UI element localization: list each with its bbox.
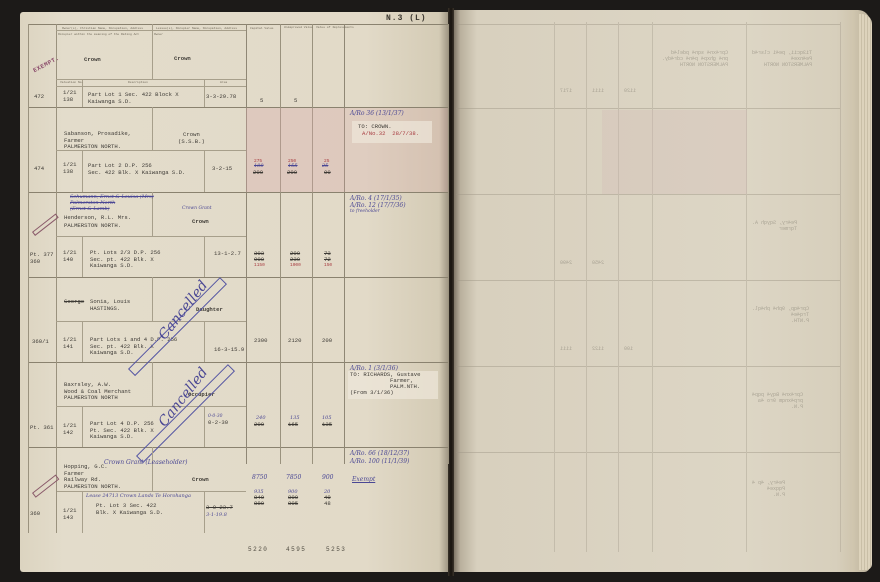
area: 3-0-23.7 — [206, 505, 233, 512]
improvements-current: 900 — [322, 474, 333, 481]
area-hand: 3-1-19.8 — [206, 512, 227, 518]
occupier-name: Sonia, Louis HASTINGS. — [64, 299, 130, 312]
description: Part Lot 2 D.P. 256 Sec. 422 Blk. X Kaiw… — [88, 163, 185, 176]
capital-value-old: 200 — [253, 170, 263, 177]
valuation-number: 474 — [34, 166, 44, 173]
valuation-number: Pt. 377 360 — [30, 252, 54, 265]
valuation-number: Pt. 361 — [30, 425, 54, 432]
note-line: PALM.NTH. — [390, 384, 420, 391]
ledger-book: N.3 (L) Owner(s), Christian Name, Occupa… — [14, 8, 872, 576]
description-hand-note: Lease 24713 Crown Lands Te Horohanga — [86, 493, 191, 499]
section-ref: 1/21 140 — [63, 250, 76, 263]
total-unimproved: 4595 — [286, 546, 306, 553]
ghost-values: 1111 — [560, 346, 572, 352]
improvements: 200 — [322, 338, 332, 345]
description: Part Lot 1 Sec. 422 Block X Kaiwanga S.D… — [88, 92, 179, 105]
note-line: to freeholder — [350, 209, 380, 214]
table-row: Schumann, Ernst & Louisa (Mrs) Palmersto… — [28, 192, 448, 277]
improvements-old: 48 — [324, 501, 331, 508]
area: 3-2-15 — [212, 166, 232, 173]
table-row: Hopping, G.C. Farmer Railway Rd. PALMERS… — [28, 447, 448, 537]
improvements-struck: 135 — [322, 422, 332, 429]
note-line: A/Ro. 4 (17/1/35) — [350, 195, 402, 202]
capital-value-current: 8750 — [252, 474, 267, 481]
unimproved-value-current: 1000 — [290, 263, 301, 270]
section-ref: 1/21 141 — [63, 337, 76, 350]
description: Pt. Lots 2/3 D.P. 256 Sec. pt. 422 Blk. … — [90, 250, 161, 270]
total-improvements: 5253 — [326, 546, 346, 553]
owner-name: Crown — [192, 477, 209, 484]
ghost-values: 1122 — [592, 346, 604, 352]
section-ref: 1/21 143 — [63, 508, 76, 521]
exempt-stamp: EXEMPT. — [32, 55, 61, 75]
area: 0-2-30 — [208, 420, 228, 427]
right-page-bleedthrough: Ti3qcii, pe41 clsr4d Pe4nxe4 PALMERSTON … — [452, 10, 870, 572]
capital-value-struck: 200 — [254, 422, 264, 429]
occupier-hand-note: Crown Grant (Leaseholder) — [104, 459, 187, 466]
header-area: Area — [220, 81, 227, 85]
ghost-values: 2450 — [592, 260, 604, 266]
unimproved-value: 2120 — [288, 338, 301, 345]
valuation-number: 360 — [30, 511, 40, 518]
improvements-old: 00 — [324, 170, 331, 177]
description: Pt. Lot 3 Sec. 422 Blk. X Kaiwanga S.D. — [96, 503, 163, 516]
valuation-number: 360/1 — [32, 339, 49, 346]
occupier-name: Hopping, G.C. Farmer Railway Rd. PALMERS… — [64, 464, 121, 490]
unimproved-value-old: 805 — [288, 501, 298, 508]
owner-note: Crown Grant — [182, 206, 212, 211]
table-row: Sabanson, Prosadike, Farmer PALMERSTON N… — [28, 107, 448, 192]
owner-name: Crown — [174, 56, 191, 63]
note-line: Exempt — [352, 476, 375, 483]
description: Part Lot 4 D.P. 256 Pt. Sec. 422 Blk. X … — [90, 421, 154, 441]
occupier-name: Crown — [84, 57, 101, 64]
capital-value: 5 — [260, 98, 263, 105]
total-capital: 5220 — [248, 546, 268, 553]
note-line: A/Ro 36 (13/1/37) — [350, 110, 404, 117]
unimproved-value-old: 200 — [287, 170, 297, 177]
table-row: George Sonia, Louis HASTINGS. Daughter 3… — [28, 277, 448, 362]
improvements-current: 150 — [324, 263, 332, 270]
header-description: Description — [128, 81, 148, 85]
valuation-number: 472 — [34, 94, 44, 101]
occupier-struck: Schumann, Ernst & Louisa (Mrs) Palmersto… — [70, 194, 154, 212]
occupier-name: Sabanson, Prosadike, Farmer PALMERSTON N… — [64, 131, 131, 151]
ghost-values: 1120 — [624, 88, 636, 94]
note-line: (From 3/1/36) — [350, 390, 394, 397]
header-section: Valuation No. — [60, 81, 83, 85]
section-ref: 1/21 138 — [63, 162, 76, 175]
sheet-code: N.3 (L) — [386, 14, 427, 23]
section-ref: 1/21 142 — [63, 423, 76, 436]
area: 16-3-15.9 — [214, 347, 244, 354]
area: 3-3-29.78 — [206, 94, 236, 101]
owner-name: Crown (S.S.B.) — [178, 132, 205, 145]
unimproved-value-current: 7850 — [286, 474, 301, 481]
note-line: A/Ro. 66 (18/12/37) — [350, 450, 409, 457]
occupier-name: Baxrsley, A.W. Wood & Coal Merchant PALM… — [64, 382, 131, 402]
owner-name: Crown — [192, 219, 209, 226]
table-row: Baxrsley, A.W. Wood & Coal Merchant PALM… — [28, 362, 448, 447]
ghost-values: 100 — [624, 346, 633, 352]
note-line: A/Ro. 100 (11/1/39) — [350, 458, 409, 465]
occupier-name: Henderson, R.L. Mrs. PALMERSTON NORTH. — [64, 214, 131, 230]
unimproved-value: 5 — [294, 98, 297, 105]
area: 13-1-2.7 — [214, 251, 241, 258]
ghost-values: 1717 — [560, 88, 572, 94]
unimproved-value-struck: 165 — [288, 422, 298, 429]
note-line: A/No.32 28/7/38. — [362, 131, 419, 138]
note-line: A/Ro. 12 (17/7/36) — [350, 202, 406, 209]
ghost-values: 1111 — [592, 88, 604, 94]
capital-value-old: 880 — [254, 501, 264, 508]
table-row: Valuation No. Description Area EXEMPT. C… — [28, 24, 448, 107]
section-ref: 1/21 138 — [63, 90, 76, 103]
capital-value-current: 1150 — [254, 263, 265, 270]
capital-value: 2300 — [254, 338, 267, 345]
ghost-values: 2490 — [560, 260, 572, 266]
